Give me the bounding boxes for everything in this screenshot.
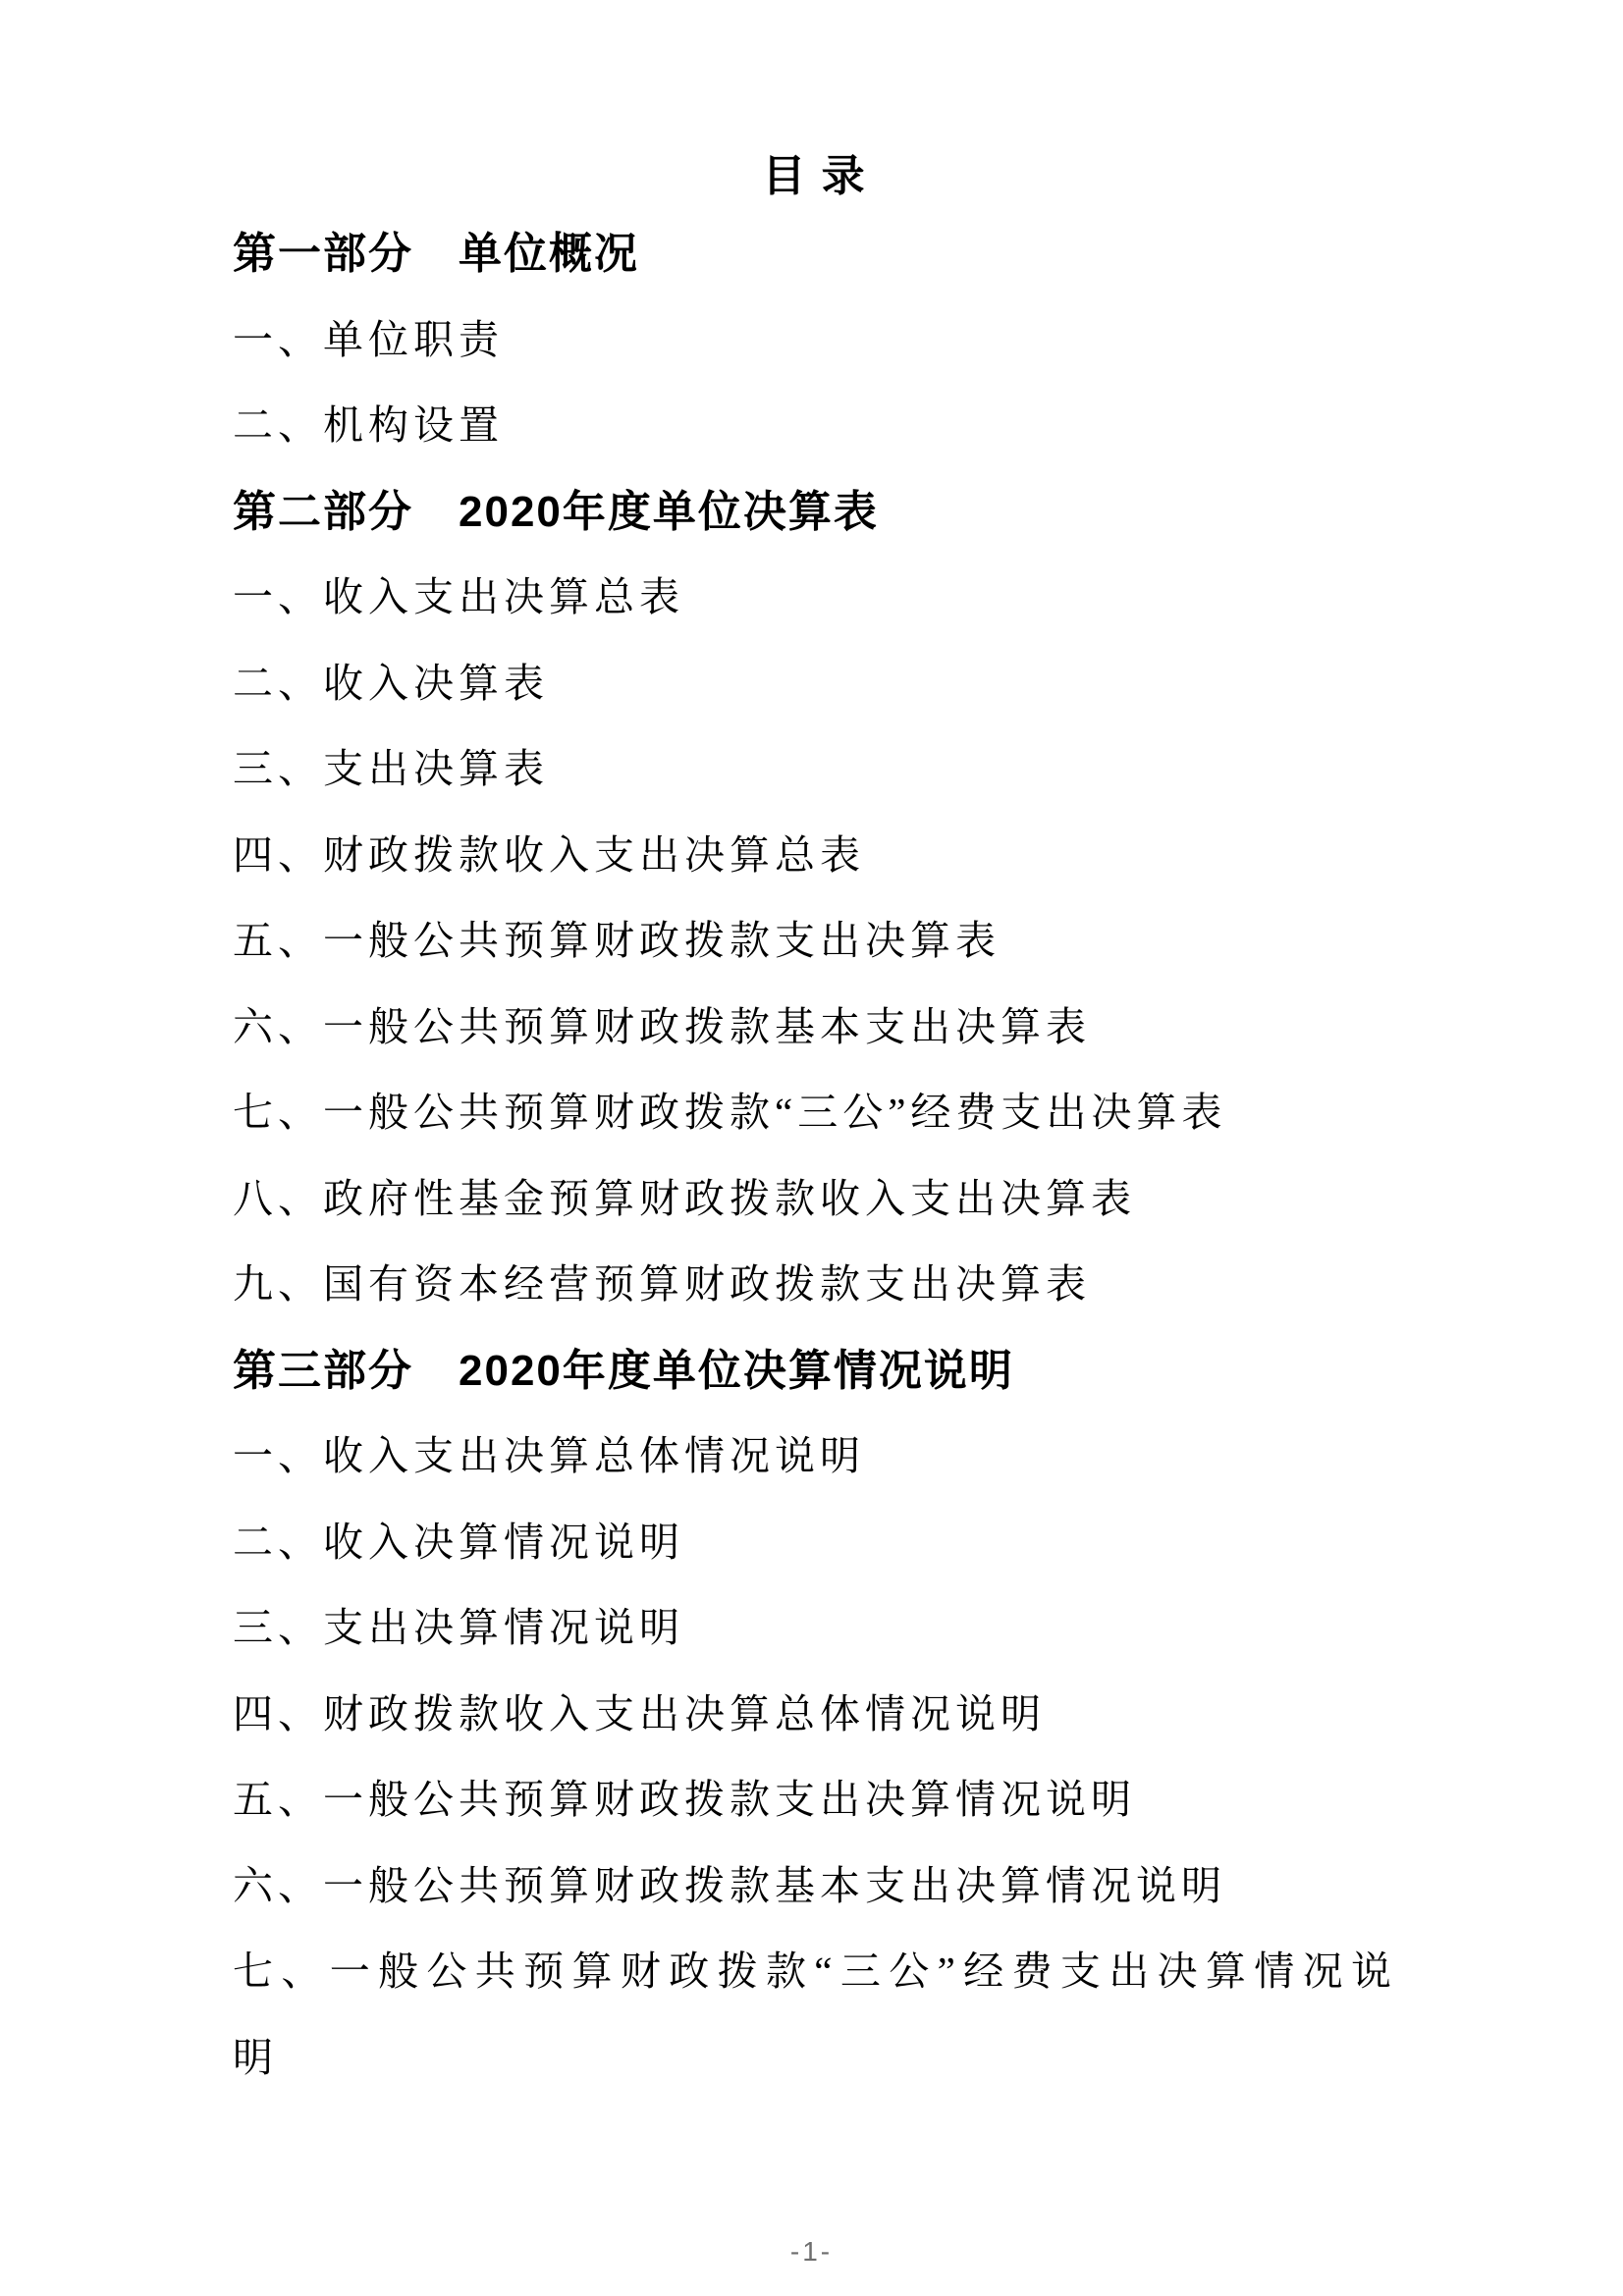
section-heading-part1: 第一部分 单位概况: [233, 211, 1396, 297]
toc-item-3-5: 五、一般公共预算财政拨款支出决算情况说明: [233, 1757, 1396, 1843]
toc-item-2-9: 九、国有资本经营预算财政拨款支出决算表: [233, 1242, 1396, 1328]
toc-item-3-3: 三、支出决算情况说明: [233, 1585, 1396, 1672]
section-heading-part2: 第二部分 2020年度单位决算表: [233, 469, 1396, 556]
toc-item-3-1: 一、收入支出决算总体情况说明: [233, 1414, 1396, 1500]
toc-item-2-4: 四、财政拨款收入支出决算总表: [233, 813, 1396, 899]
toc-item-3-6: 六、一般公共预算财政拨款基本支出决算情况说明: [233, 1843, 1396, 1930]
toc-item-2-1: 一、收入支出决算总表: [233, 555, 1396, 641]
toc-item-3-2: 二、收入决算情况说明: [233, 1500, 1396, 1586]
toc-item-1-2: 二、机构设置: [233, 383, 1396, 469]
page-footer: -1-: [0, 2236, 1623, 2268]
toc-item-2-6: 六、一般公共预算财政拨款基本支出决算表: [233, 985, 1396, 1071]
section-heading-part3: 第三部分 2020年度单位决算情况说明: [233, 1328, 1396, 1415]
toc-content: 目 录 第一部分 单位概况 一、单位职责 二、机构设置 第二部分 2020年度单…: [0, 0, 1623, 2101]
page-number: -1-: [790, 2236, 833, 2267]
toc-item-2-5: 五、一般公共预算财政拨款支出决算表: [233, 898, 1396, 985]
document-page: 目 录 第一部分 单位概况 一、单位职责 二、机构设置 第二部分 2020年度单…: [0, 0, 1623, 2296]
toc-item-2-2: 二、收入决算表: [233, 641, 1396, 727]
page-title: 目 录: [233, 142, 1396, 211]
toc-item-2-7: 七、一般公共预算财政拨款“三公”经费支出决算表: [233, 1070, 1396, 1156]
toc-item-3-7: 七、一般公共预算财政拨款“三公”经费支出决算情况说 明: [233, 1929, 1396, 2101]
toc-item-3-4: 四、财政拨款收入支出决算总体情况说明: [233, 1672, 1396, 1758]
toc-item-2-3: 三、支出决算表: [233, 726, 1396, 813]
toc-item-1-1: 一、单位职责: [233, 297, 1396, 384]
toc-item-2-8: 八、政府性基金预算财政拨款收入支出决算表: [233, 1156, 1396, 1243]
